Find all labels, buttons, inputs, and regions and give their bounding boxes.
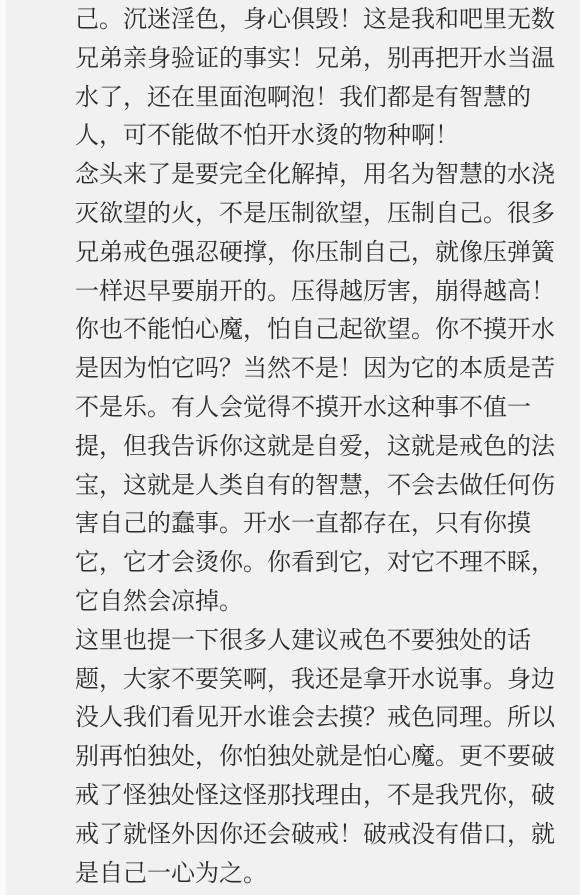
article-page: 己。沉迷淫色，身心俱毁！这是我和吧里无数 兄弟亲身验证的事实！兄弟，别再把开水当… [0,0,580,895]
text-line: 兄弟戒色强忍硬撑，你压制自己，就像压弹簧 [75,234,562,273]
text-line: 提，但我告诉你这就是自爱，这就是戒色的法 [75,428,562,467]
text-line: 戒了就怪外因你还会破戒！破戒没有借口，就 [75,816,562,855]
text-line: 宝，这就是人类自有的智慧，不会去做任何伤 [75,467,562,506]
text-line: 水了，还在里面泡啊泡！我们都是有智慧的 [75,79,562,118]
text-line: 害自己的蠢事。开水一直都存在，只有你摸 [75,505,562,544]
article-text: 己。沉迷淫色，身心俱毁！这是我和吧里无数 兄弟亲身验证的事实！兄弟，别再把开水当… [75,1,562,893]
text-line: 题，大家不要笑啊，我还是拿开水说事。身边 [75,661,562,700]
text-line: 它，它才会烫你。你看到它，对它不理不睬， [75,544,562,583]
text-line: 它自然会凉掉。 [75,583,562,622]
text-line: 灭欲望的火，不是压制欲望，压制自己。很多 [75,195,562,234]
text-line: 你也不能怕心魔，怕自己起欲望。你不摸开水 [75,311,562,350]
text-line: 兄弟亲身验证的事实！兄弟，别再把开水当温 [75,40,562,79]
text-line: 戒了怪独处怪这怪那找理由，不是我咒你，破 [75,777,562,816]
text-line: 己。沉迷淫色，身心俱毁！这是我和吧里无数 [75,1,562,40]
page-left-edge [0,0,6,895]
text-line: 不是乐。有人会觉得不摸开水这种事不值一 [75,389,562,428]
text-line: 别再怕独处，你怕独处就是怕心魔。更不要破 [75,738,562,777]
text-line: 一样迟早要崩开的。压得越厉害，崩得越高！ [75,273,562,312]
text-line: 是自己一心为之。 [75,855,562,894]
text-line: 这里也提一下很多人建议戒色不要独处的话 [75,622,562,661]
text-line: 念头来了是要完全化解掉，用名为智慧的水浇 [75,156,562,195]
text-line: 没人我们看见开水谁会去摸？戒色同理。所以 [75,699,562,738]
text-line: 是因为怕它吗？当然不是！因为它的本质是苦 [75,350,562,389]
text-line: 人，可不能做不怕开水烫的物种啊！ [75,117,562,156]
